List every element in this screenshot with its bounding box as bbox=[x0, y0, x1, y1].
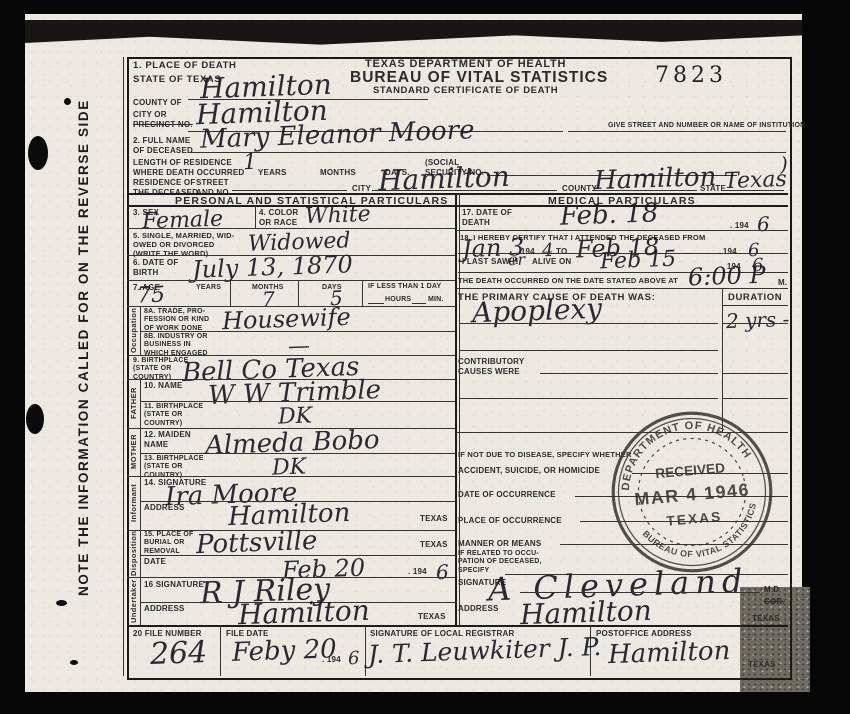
scan-edge-band bbox=[25, 20, 802, 48]
last-saw-date-handwriting: Feb 15 bbox=[600, 247, 677, 275]
label-line: NAME bbox=[144, 440, 191, 450]
label-line: 17. DATE OF bbox=[462, 208, 512, 218]
to-label: TO bbox=[556, 247, 567, 257]
informant-texas-label: TEXAS bbox=[420, 514, 448, 524]
standard-cert-title: STANDARD CERTIFICATE OF DEATH bbox=[373, 85, 558, 96]
label-line: 13. BIRTHPLACE bbox=[144, 455, 204, 463]
death-occurred-statement: THE DEATH OCCURRED ON THE DATE STATED AB… bbox=[458, 276, 678, 285]
duration-label: DURATION bbox=[728, 292, 782, 303]
postoffice-handwriting: Hamilton bbox=[608, 636, 731, 670]
duration-handwriting: 2 yrs - bbox=[726, 307, 790, 333]
months-label: MONTHS bbox=[320, 168, 356, 178]
to-year-printed: . 194 bbox=[718, 247, 737, 257]
label-line: 11. BIRTHPLACE bbox=[144, 403, 203, 411]
physician-address-label: ADDRESS bbox=[458, 604, 499, 614]
full-name-label: 2. FULL NAME OF DECEASED bbox=[133, 136, 193, 155]
label-line: OR RACE bbox=[259, 218, 298, 228]
father-birthplace-label: 11. BIRTHPLACE (STATE OR COUNTRY) bbox=[144, 403, 203, 428]
label-line: LENGTH OF RESIDENCE bbox=[133, 158, 244, 168]
label-line: (STATE OR bbox=[144, 463, 204, 471]
label-line: DEATH bbox=[462, 218, 512, 228]
mother-name-label: 12. MAIDEN NAME bbox=[144, 430, 191, 449]
undertaker-side-label: Undertaker bbox=[129, 577, 140, 625]
label-line: 8B. INDUSTRY OR bbox=[144, 333, 208, 341]
label-line: 9. BIRTHPLACE bbox=[133, 357, 189, 365]
father-birthplace-handwriting: DK bbox=[278, 403, 313, 429]
institution-note: GIVE STREET AND NUMBER OR NAME OF INSTIT… bbox=[608, 122, 805, 130]
father-side-label: FATHER bbox=[129, 379, 140, 428]
dob-label: 6. DATE OF BIRTH bbox=[133, 258, 178, 277]
label-line: OWED OR DIVORCED bbox=[133, 240, 234, 249]
burial-date-label: DATE bbox=[144, 557, 166, 567]
burial-label: 15. PLACE OF BURIAL OR REMOVAL bbox=[144, 531, 193, 556]
occupation-side-label: Occupation bbox=[129, 306, 140, 355]
less-than-day-label: IF LESS THAN 1 DAY bbox=[368, 283, 441, 291]
burial-texas-label: TEXAS bbox=[420, 540, 448, 550]
label-line: 5. SINGLE, MARRIED, WID- bbox=[133, 231, 234, 240]
label-line: IF RELATED TO OCCU- bbox=[458, 550, 542, 558]
ink-speck bbox=[70, 660, 78, 665]
label-line: BURIAL OR bbox=[144, 539, 193, 547]
mother-side-label: MOTHER bbox=[129, 428, 140, 476]
length-residence-label: LENGTH OF RESIDENCE WHERE DEATH OCCURRED bbox=[133, 158, 244, 177]
file-number-handwriting: 264 bbox=[149, 635, 207, 672]
label-line: FESSION OR KIND bbox=[144, 316, 209, 324]
father-name-label: 10. NAME bbox=[144, 381, 183, 391]
hours-label: HOURS bbox=[385, 296, 411, 304]
color-race-handwriting: White bbox=[305, 202, 372, 229]
date-of-death-handwriting: Feb. 18 bbox=[560, 198, 659, 231]
if-not-due-label: IF NOT DUE TO DISEASE, SPECIFY WHETHER bbox=[458, 450, 632, 459]
manner-or-means-label: MANNER OR MEANS bbox=[458, 539, 541, 549]
age-years-label: YEARS bbox=[196, 284, 221, 292]
dod-year-suffix-handwriting: 6 bbox=[757, 212, 771, 236]
undertaker-signature-label: 16 SIGNATURE bbox=[144, 580, 204, 590]
years-label: YEARS bbox=[258, 168, 287, 178]
ink-speck bbox=[64, 98, 71, 105]
cor-label: COR. bbox=[764, 597, 785, 607]
min-label: MIN. bbox=[428, 296, 444, 304]
death-time-m-label: M. bbox=[778, 278, 787, 288]
label-line: PATION OF DECEASED, bbox=[458, 558, 542, 566]
stamp-date-text: MAR 4 1946 bbox=[634, 479, 751, 509]
city-or-label: CITY OR bbox=[133, 110, 167, 120]
informant-side-label: Informant bbox=[129, 476, 140, 530]
last-saw-label-2: ALIVE ON bbox=[532, 257, 571, 267]
place-of-death-label: 1. PLACE OF DEATH bbox=[133, 60, 236, 71]
label-line: 2. FULL NAME bbox=[133, 136, 193, 146]
stamp-received-text: RECEIVED bbox=[655, 460, 726, 481]
md-label: M.D. bbox=[764, 585, 782, 595]
label-line: 15. PLACE OF bbox=[144, 531, 193, 539]
physician-texas-label: TEXAS bbox=[752, 614, 780, 624]
dob-handwriting: July 13, 1870 bbox=[192, 250, 354, 284]
contributory-label: CONTRIBUTORY CAUSES WERE bbox=[458, 357, 524, 376]
res-city-handwriting: Hamilton bbox=[377, 160, 510, 198]
label-line: 8A. TRADE, PRO- bbox=[144, 308, 209, 316]
label-line: STREET bbox=[196, 178, 231, 188]
burial-year-printed: . 194 bbox=[408, 567, 427, 577]
certificate-number: 7823 bbox=[655, 63, 727, 88]
label-line: 6. DATE OF bbox=[133, 258, 178, 268]
accident-label: ACCIDENT, SUICIDE, OR HOMICIDE bbox=[458, 466, 600, 476]
burial-year-suffix-handwriting: 6 bbox=[436, 560, 450, 584]
scanned-certificate: NOTE THE INFORMATION CALLED FOR ON THE R… bbox=[0, 0, 850, 714]
label-line: RESIDENCE OF bbox=[133, 178, 198, 188]
label-line: BUSINESS IN bbox=[144, 341, 208, 349]
hole-punch-mark bbox=[28, 136, 48, 170]
date-of-death-label: 17. DATE OF DEATH bbox=[462, 208, 512, 227]
label-line: (STATE OR bbox=[144, 411, 203, 419]
label-line: 12. MAIDEN bbox=[144, 430, 191, 440]
informant-address-label: ADDRESS bbox=[144, 503, 185, 513]
undertaker-texas-label: TEXAS bbox=[418, 612, 446, 622]
label-line: CONTRIBUTORY bbox=[458, 357, 524, 367]
label-line: (STATE OR bbox=[133, 365, 189, 373]
death-time-handwriting: 6:00 P bbox=[688, 261, 767, 292]
file-date-year-printed: . 194 bbox=[322, 655, 341, 665]
postoffice-texas-label: TEXAS bbox=[748, 660, 776, 670]
received-stamp: DEPARTMENT OF HEALTH BUREAU OF VITAL STA… bbox=[608, 408, 776, 576]
precinct-no-label: PRECINCT NO. bbox=[133, 120, 193, 130]
stamp-state-text: TEXAS bbox=[666, 509, 723, 529]
label-line: 4. COLOR bbox=[259, 208, 298, 218]
date-of-occurrence-label: DATE OF OCCURRENCE bbox=[458, 490, 556, 500]
disposition-side-label: Disposition bbox=[129, 530, 140, 577]
label-line: COUNTRY) bbox=[144, 420, 203, 428]
hole-punch-mark bbox=[26, 404, 44, 434]
trade-label: 8A. TRADE, PRO- FESSION OR KIND OF WORK … bbox=[144, 308, 209, 333]
label-line: CAUSES WERE bbox=[458, 367, 524, 377]
ink-speck bbox=[56, 600, 67, 606]
age-years-handwriting: 75 bbox=[137, 283, 166, 309]
residence-years-handwriting: 1 bbox=[243, 150, 258, 175]
last-saw-pronoun-handwriting: er bbox=[508, 250, 526, 270]
form-outer-line bbox=[123, 57, 124, 676]
label-line: WHERE DEATH OCCURRED bbox=[133, 168, 244, 178]
reverse-side-note: NOTE THE INFORMATION CALLED FOR ON THE R… bbox=[76, 104, 91, 596]
undertaker-address-label: ADDRESS bbox=[144, 604, 185, 614]
color-race-label: 4. COLOR OR RACE bbox=[259, 208, 298, 227]
place-of-occurrence-label: PLACE OF OCCURRENCE bbox=[458, 516, 562, 526]
county-of-label: COUNTY OF bbox=[133, 98, 182, 108]
label-line: OF DECEASED bbox=[133, 146, 193, 156]
file-date-year-suffix-handwriting: 6 bbox=[348, 648, 360, 669]
label-line: BIRTH bbox=[133, 268, 178, 278]
